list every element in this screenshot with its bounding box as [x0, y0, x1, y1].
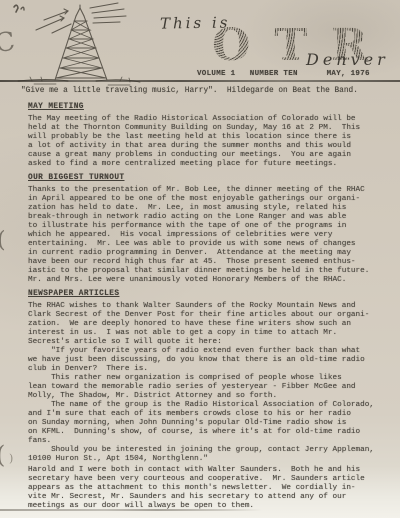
- newsletter-body: MAY MEETING The May meeting of the Radio…: [28, 103, 394, 516]
- newsletter-page: This is OTR Denver VOLUME 1 NUMBER TEN M…: [0, 0, 400, 518]
- section-our-biggest-turnout: OUR BIGGEST TURNOUT Thanks to the presen…: [28, 174, 394, 285]
- section-newspaper-articles: NEWSPAPER ARTICLES The RHAC wishes to th…: [28, 290, 394, 511]
- footer-rule: [0, 509, 262, 511]
- section-may-meeting: MAY MEETING The May meeting of the Radio…: [28, 103, 394, 169]
- volume-issue-line: VOLUME 1 NUMBER TEN MAY, 1976: [197, 69, 370, 79]
- section-heading: OUR BIGGEST TURNOUT: [28, 174, 394, 183]
- masthead-quote: "Give me a little traveling music, Harry…: [21, 86, 358, 96]
- pen-mark: (: [0, 230, 6, 252]
- pen-mark: ): [9, 453, 13, 464]
- masthead-denver: Denver: [306, 50, 389, 69]
- section-body: The May meeting of the Radio Historical …: [28, 115, 394, 169]
- section-body-closing: Harold and I were both in contact with W…: [28, 466, 394, 511]
- radio-tower-icon: [8, 2, 144, 88]
- section-heading: MAY MEETING: [28, 103, 394, 112]
- section-body: The RHAC wishes to thank Walter Saunders…: [28, 302, 394, 464]
- masthead-rule: [0, 80, 400, 82]
- section-heading: NEWSPAPER ARTICLES: [28, 290, 394, 299]
- section-body: Thanks to the presentation of Mr. Bob Le…: [28, 186, 394, 285]
- pen-mark: (: [0, 443, 5, 467]
